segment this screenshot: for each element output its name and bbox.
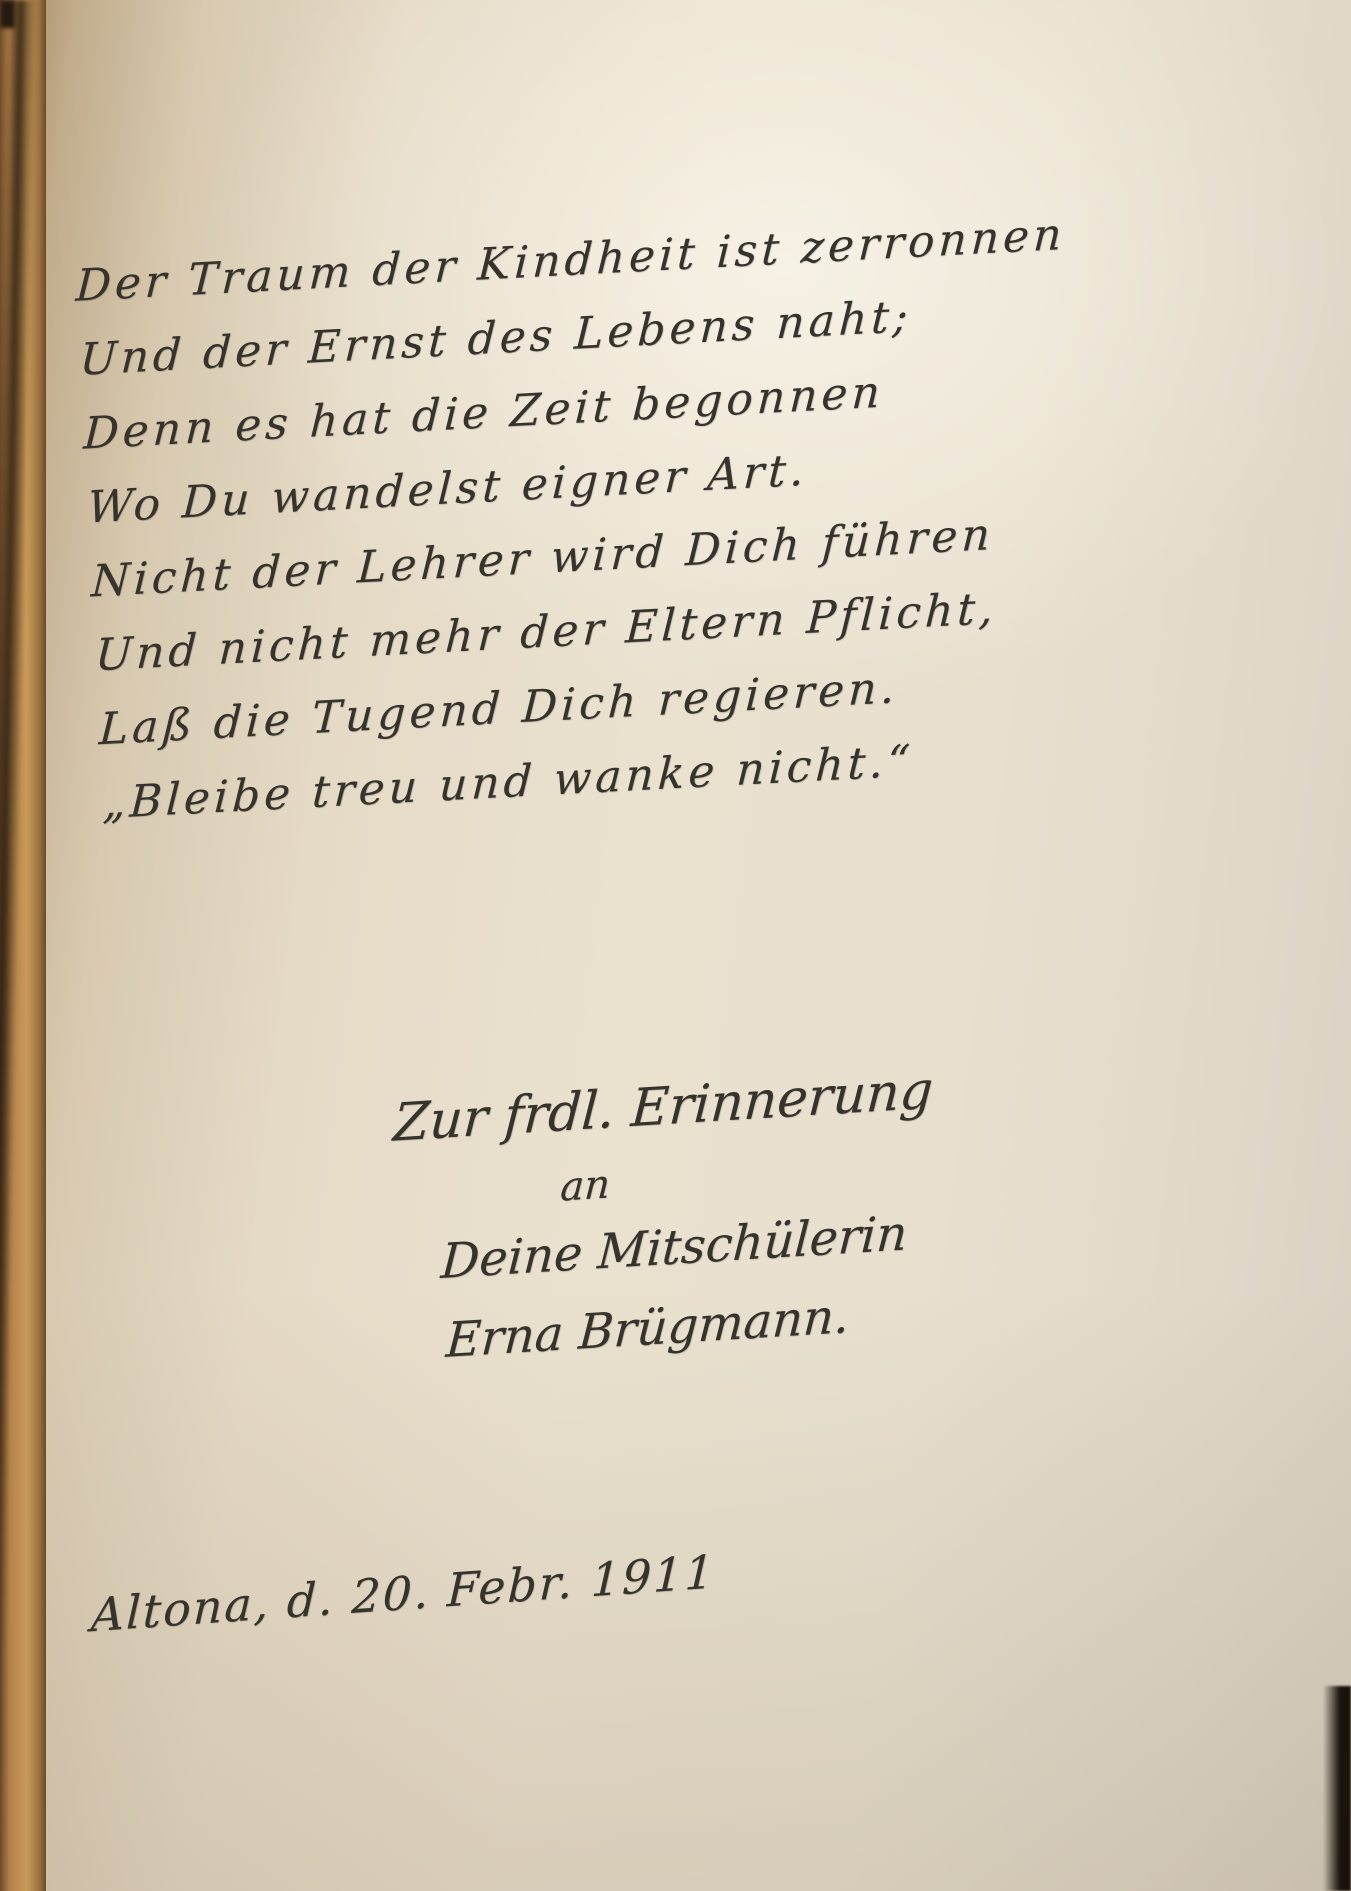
album-page-photo: Der Traum der Kindheit ist zerronnen Und… — [0, 0, 1351, 1891]
poem-block: Der Traum der Kindheit ist zerronnen Und… — [70, 198, 1091, 841]
dedication-block: Zur frdl. Erinnerung an Deine Mitschüler… — [385, 1045, 943, 1383]
bottom-right-corner-shadow — [1323, 1686, 1351, 1891]
top-left-corner-shadow — [0, 0, 15, 28]
